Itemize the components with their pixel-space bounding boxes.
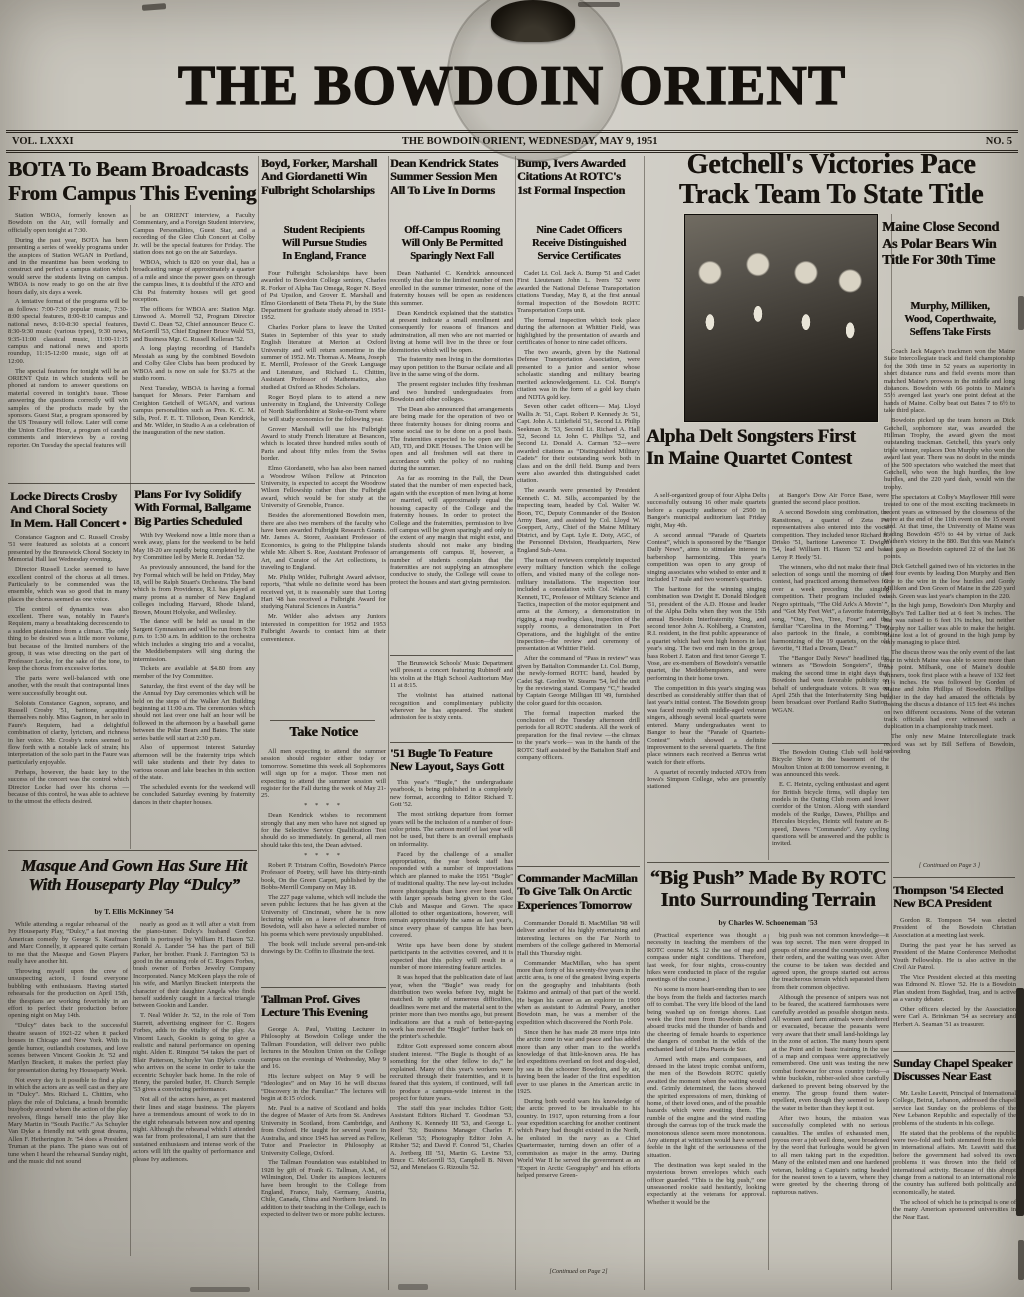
bump-headline: Bump, Ivers Awarded Citations At ROTC's … [517,157,641,197]
divider [390,655,513,656]
bump-subhead: Nine Cadet Officers Receive Distinguishe… [519,224,639,263]
macmillan-body: Commander Donald B. MacMillan '98 will d… [517,920,640,1266]
track-subhead-firsts: Murphy, Milliken, Wood, Coperthwaite, Se… [886,300,1014,339]
bugle-body: This year's “Bugle,” the undergraduate y… [390,779,513,1273]
column-rule [768,494,769,860]
divider [893,1051,1015,1052]
track-body: Coach Jack Magee's trackmen won the Main… [884,348,1015,860]
newspaper-page: THE BOWDOIN ORIENT VOL. LXXXI THE BOWDOI… [0,0,1024,1297]
take-notice-heading: Take Notice [261,725,386,741]
brunswick-notice: The Brunswick Schools' Music Department … [390,660,513,740]
column-rule [258,156,259,1290]
college-seal-icon [491,0,575,42]
thompson-headline: Thompson '54 Elected New BCA President [893,884,1017,911]
ivy-headline: Plans For Ivy Solidify With Formal, Ball… [134,488,256,528]
locke-body: Constance Gagnon and C. Russell Crosby '… [8,534,129,844]
alpha-body-col1: A self-organized group of four Alpha Del… [647,492,766,860]
masque-body-col2: nearly as good as it will after a visit … [133,921,255,1259]
column-rule [130,938,131,1256]
outing-club-notice: The Bowdoin Outing Club will hold a Bicy… [772,749,889,859]
bigpush-byline: by Charles W. Schoeneman '53 [646,918,890,927]
newspaper-title: THE BOWDOIN ORIENT [0,58,1024,114]
divider [8,483,255,484]
chapel-body: Mr. Leslie Leavitt, Principal of Interna… [893,1090,1016,1290]
divider [517,866,640,867]
bigpush-headline: “Big Push” Made By ROTC Into Surrounding… [646,867,890,911]
scan-artifact [1018,296,1024,330]
column-rule [515,156,516,1290]
bigpush-body-col2: big push was not common knowledge—it was… [772,932,889,1274]
bump-body: Cadet Lt. Col. Jack A. Bump '51 and Cade… [517,270,640,862]
divider [772,743,889,744]
divider [893,877,1015,878]
thompson-body: Gordon R. Tompson '54 was elected Presid… [893,917,1016,1047]
masque-byline: by T. Ellis McKinney '54 [8,907,260,916]
scan-artifact [190,1287,250,1292]
volume-label: VOL. LXXXI [12,136,74,147]
macmillan-continued: [Continued on Page 2] [517,1268,640,1275]
scan-artifact [578,2,620,7]
fulbright-body: Four Fulbright Scholarships have been aw… [261,270,386,718]
divider [390,742,513,743]
chapel-headline: Sunday Chapel Speaker Discusses Near Eas… [893,1057,1017,1084]
divider [8,850,257,851]
bota-headline: BOTA To Beam Broadcasts From Campus This… [8,158,258,205]
column-rule [768,934,769,1270]
macmillan-headline: Commander MacMillan To Give Talk On Arct… [517,872,641,912]
column-rule [130,205,131,849]
bota-body-col1: Station WBOA, formerly known as Bowdoin … [8,212,128,480]
alpha-headline: Alpha Delt Songsters First In Maine Quar… [646,426,889,470]
scan-artifact [1016,988,1024,1216]
divider [270,720,375,721]
scan-artifact [1018,1240,1024,1280]
tallman-headline: Tallman Prof. Gives Lecture This Evening [261,993,387,1020]
kendrick-body: Dean Nathaniel C. Kendrick announced rec… [390,270,513,652]
masque-body-col1: While attending a regular rehearsal of t… [8,921,128,1259]
fulbright-headline: Boyd, Forker, Marshall And Giordanetti W… [261,157,387,197]
issue-number: NO. 5 [986,136,1012,147]
bota-body-col2: be an ORIENT interview, a Faculty Commen… [133,212,255,480]
divider [647,862,889,863]
getchell-headline: Getchell's Victories Pace Track Team To … [645,150,1017,210]
scan-artifact [142,3,166,11]
tallman-body: George A. Paul, Visiting Lecturer in Phi… [261,1026,386,1290]
kendrick-subhead: Off-Campus Rooming Will Only Be Permitte… [392,224,512,263]
masque-headline: Masque And Gown Has Sure Hit With Housep… [8,856,260,894]
alpha-body-col2: at Bangor's Dow Air Force Base, were gra… [772,492,889,740]
bugle-headline: '51 Bugle To Feature New Layout, Says Go… [390,747,514,774]
track-subhead-maine: Maine Close Second As Polar Bears Win Ti… [882,220,1016,270]
dateline-text: THE BOWDOIN ORIENT, WEDNESDAY, MAY 9, 19… [402,136,658,147]
track-team-photo [684,214,878,422]
column-rule [644,156,645,1290]
take-notice-body: All men expecting to attend the summer s… [261,748,386,986]
divider [261,987,386,988]
fulbright-subhead: Student Recipients Will Pursue Studies I… [263,224,385,263]
column-rule [388,156,389,1290]
kendrick-headline: Dean Kendrick States Summer Session Men … [390,157,514,197]
bigpush-body-col1: (Practical experience was thought a nece… [647,932,766,1274]
scan-artifact [398,1284,428,1290]
locke-headline: Locke Directs Crosby And Choral Society … [10,490,130,530]
track-continued: [ Continued on Page 3 ] [884,862,1015,869]
ivy-body: With Ivy Weekend now a little more than … [133,532,255,846]
